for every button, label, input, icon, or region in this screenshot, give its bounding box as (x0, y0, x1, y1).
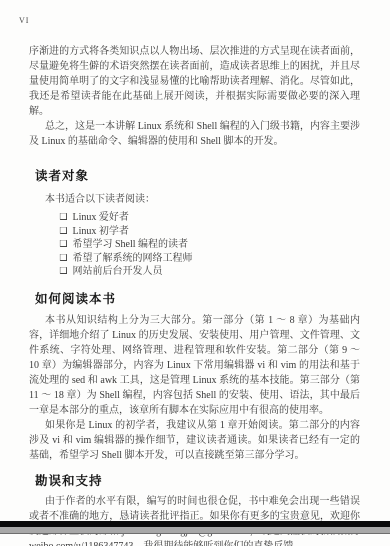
page-number: VI (19, 16, 29, 25)
errata-support-paragraph: 由于作者的水平有限，编写的时间也很仓促，书中难免会出现一些错误或者不准确的地方，… (29, 494, 360, 546)
spacer (29, 463, 360, 474)
spacer (29, 279, 360, 292)
list-item: ❑Linux 爱好者 (59, 211, 360, 225)
list-item: ❑Linux 初学者 (59, 225, 360, 239)
checkbox-bullet-icon: ❑ (59, 224, 67, 237)
how-to-read-advice-paragraph: 如果你是 Linux 的初学者，我建议从第 1 章开始阅读。第二部分的内容涉及 … (29, 418, 360, 463)
list-item: ❑网站前后台开发人员 (59, 265, 360, 279)
preface-continuation-paragraph: 序渐进的方式将各类知识点以人物出场、层次推进的方式呈现在读者面前，尽量避免将生僻… (29, 44, 360, 119)
list-item-label: 希望学习 Shell 编程的读者 (72, 239, 188, 250)
list-item-label: 希望了解系统的网络工程师 (72, 253, 192, 264)
section-heading-errata-support: 勘误和支持 (35, 474, 360, 489)
book-page: VI 序渐进的方式将各类知识点以人物出场、层次推进的方式呈现在读者面前，尽量避免… (0, 0, 390, 546)
list-item-label: Linux 爱好者 (72, 212, 128, 223)
list-item: ❑希望了解系统的网络工程师 (59, 252, 360, 266)
section-heading-reader-audience: 读者对象 (35, 169, 360, 184)
section-heading-how-to-read: 如何阅读本书 (35, 292, 360, 307)
how-to-read-structure-paragraph: 本书从知识结构上分为三大部分。第一部分（第 1 ～ 8 章）为基础内容，详细地介… (29, 313, 360, 418)
scan-edge-gray-bar (0, 527, 390, 534)
page-content: 序渐进的方式将各类知识点以人物出场、层次推进的方式呈现在读者面前，尽量避免将生僻… (29, 44, 360, 546)
reader-audience-intro: 本书适合以下读者阅读： (29, 192, 360, 207)
reader-audience-list: ❑Linux 爱好者 ❑Linux 初学者 ❑希望学习 Shell 编程的读者 … (29, 211, 360, 279)
list-item: ❑希望学习 Shell 编程的读者 (59, 238, 360, 252)
spacer (29, 184, 360, 192)
checkbox-bullet-icon: ❑ (59, 265, 67, 278)
checkbox-bullet-icon: ❑ (59, 211, 67, 224)
spacer (29, 149, 360, 169)
list-item-label: 网站前后台开发人员 (72, 266, 162, 277)
preface-summary-paragraph: 总之，这是一本讲解 Linux 系统和 Shell 编程的入门级书籍，内容主要涉… (29, 119, 360, 149)
checkbox-bullet-icon: ❑ (59, 238, 67, 251)
list-item-label: Linux 初学者 (72, 226, 128, 237)
checkbox-bullet-icon: ❑ (59, 251, 67, 264)
